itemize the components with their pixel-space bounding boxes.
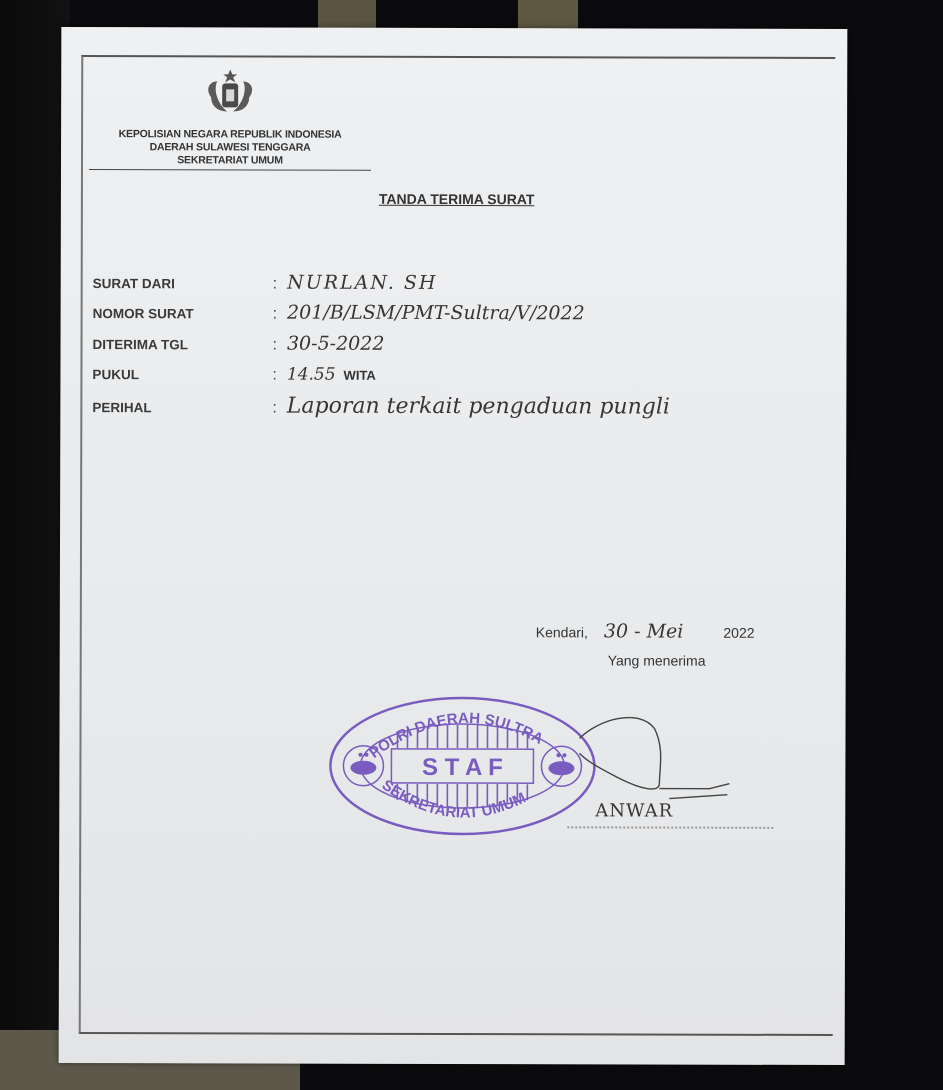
year-text: 2022 (723, 625, 754, 641)
receiver-label: Yang menerima (608, 652, 706, 668)
field-value: 14.55 (287, 365, 336, 385)
letterhead-line-1: KEPOLISIAN NEGARA REPUBLIK INDONESIA (89, 128, 371, 142)
signature (559, 708, 789, 809)
field-nomor-surat: NOMOR SURAT : 201/B/LSM/PMT-Sultra/V/202… (93, 301, 585, 324)
handwritten-date: 30 - Mei (604, 620, 684, 642)
colon: : (273, 337, 278, 355)
letterhead: KEPOLISIAN NEGARA REPUBLIK INDONESIA DAE… (89, 67, 371, 171)
stamp-emblem-icon (343, 746, 383, 786)
police-emblem-icon (197, 67, 263, 119)
field-value: NURLAN. SH (287, 272, 437, 294)
field-label: PERIHAL (92, 400, 272, 415)
signer-name: ANWAR (595, 800, 673, 821)
field-label: SURAT DARI (93, 276, 273, 291)
colon: : (272, 400, 277, 418)
field-label: DITERIMA TGL (93, 337, 273, 352)
field-suffix: WITA (344, 368, 376, 383)
stamp-center-text: S T A F (422, 754, 503, 781)
field-perihal: PERIHAL : Laporan terkait pengaduan pung… (92, 393, 670, 420)
colon: : (273, 276, 278, 294)
letterhead-line-3: SEKRETARIAT UMUM (89, 154, 371, 168)
field-diterima-tgl: DITERIMA TGL : 30-5-2022 (93, 332, 385, 355)
colon: : (272, 367, 277, 385)
colon: : (273, 306, 278, 324)
paper-sheet: KEPOLISIAN NEGARA REPUBLIK INDONESIA DAE… (59, 27, 848, 1065)
field-value: Laporan terkait pengaduan pungli (287, 394, 670, 420)
place-date: Kendari, 30 - Mei 2022 (536, 620, 755, 643)
field-value: 201/B/LSM/PMT-Sultra/V/2022 (287, 302, 585, 325)
field-label: NOMOR SURAT (93, 306, 273, 321)
field-surat-dari: SURAT DARI : NURLAN. SH (93, 271, 438, 294)
field-label: PUKUL (92, 367, 272, 382)
letterhead-line-2: DAERAH SULAWESI TENGGARA (89, 141, 371, 155)
field-pukul: PUKUL : 14.55 WITA (92, 364, 375, 385)
place-text: Kendari, (536, 624, 588, 640)
official-stamp: S T A F POLRI DAERAH SULTRA SEKRETARIAT … (327, 694, 597, 839)
document-title: TANDA TERIMA SURAT (379, 191, 535, 207)
field-value: 30-5-2022 (287, 333, 385, 355)
